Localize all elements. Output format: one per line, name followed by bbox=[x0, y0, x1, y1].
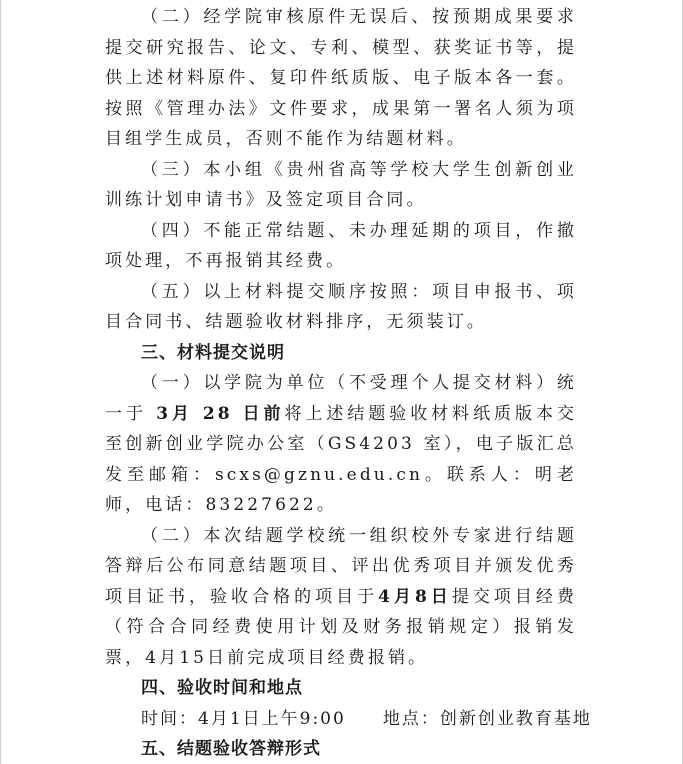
deadline-bold: 3月 28 日前 bbox=[156, 404, 284, 424]
document-page: （二）经学院审核原件无误后、按预期成果要求提交研究报告、论文、专利、模型、获奖证… bbox=[0, 0, 683, 764]
invoice-date-bold: 4月8日 bbox=[378, 587, 452, 607]
time-value: 4月1日上午9:00 bbox=[198, 709, 346, 729]
paragraph-2-3: （三）本小组《贵州省高等学校大学生创新创业训练计划申请书》及签定项目合同。 bbox=[105, 155, 577, 216]
paragraph-3-2: （二）本次结题学校统一组织校外专家进行结题答辩后公布同意结题项目、评出优秀项目并… bbox=[105, 521, 577, 674]
place-value: 创新创业教育基地 bbox=[440, 709, 592, 729]
spacer bbox=[346, 709, 383, 729]
time-place-line: 时间：4月1日上午9:00 地点：创新创业教育基地 bbox=[105, 704, 577, 735]
time-label: 时间： bbox=[141, 709, 198, 729]
paragraph-3-1: （一）以学院为单位（不受理个人提交材料）统一于 3月 28 日前将上述结题验收材… bbox=[105, 368, 577, 521]
place-label: 地点： bbox=[383, 709, 440, 729]
section-5-heading: 五、结题验收答辩形式 bbox=[105, 734, 577, 764]
paragraph-2-4: （四）不能正常结题、未办理延期的项目，作撤项处理，不再报销其经费。 bbox=[105, 216, 577, 277]
paragraph-2-2: （二）经学院审核原件无误后、按预期成果要求提交研究报告、论文、专利、模型、获奖证… bbox=[105, 2, 577, 155]
document-body: （二）经学院审核原件无误后、按预期成果要求提交研究报告、论文、专利、模型、获奖证… bbox=[105, 0, 577, 764]
section-3-heading: 三、材料提交说明 bbox=[105, 338, 577, 369]
paragraph-2-5: （五）以上材料提交顺序按照：项目申报书、项目合同书、结题验收材料排序，无须装订。 bbox=[105, 277, 577, 338]
section-4-heading: 四、验收时间和地点 bbox=[105, 673, 577, 704]
